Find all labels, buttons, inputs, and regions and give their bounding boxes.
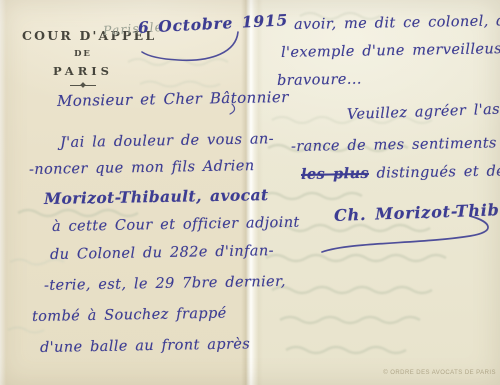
closing-rest: distingués et dévoués,	[376, 163, 500, 182]
closing-line: les plus distingués et dévoués,	[301, 162, 500, 183]
handwritten-line: avoir, me dit ce colonel, donné	[294, 13, 500, 33]
letterhead: COUR D'APPEL DE PARIS	[22, 28, 144, 88]
letterhead-city: PARIS	[22, 64, 144, 78]
scan-credit: © ORDRE DES AVOCATS DE PARIS	[383, 370, 496, 376]
scanned-letter: COUR D'APPEL DE PARIS Paris, le 6 Octobr…	[0, 0, 500, 385]
struck-words: les plus	[301, 165, 369, 183]
handwritten-line: Morizot-Thibault, avocat	[44, 185, 269, 208]
handwritten-line: bravoure...	[277, 72, 362, 89]
scan-edge	[0, 0, 6, 385]
letterhead-ornament	[70, 83, 96, 88]
handwritten-line: tombé à Souchez frappé	[32, 306, 227, 325]
letterhead-de: DE	[22, 49, 144, 59]
